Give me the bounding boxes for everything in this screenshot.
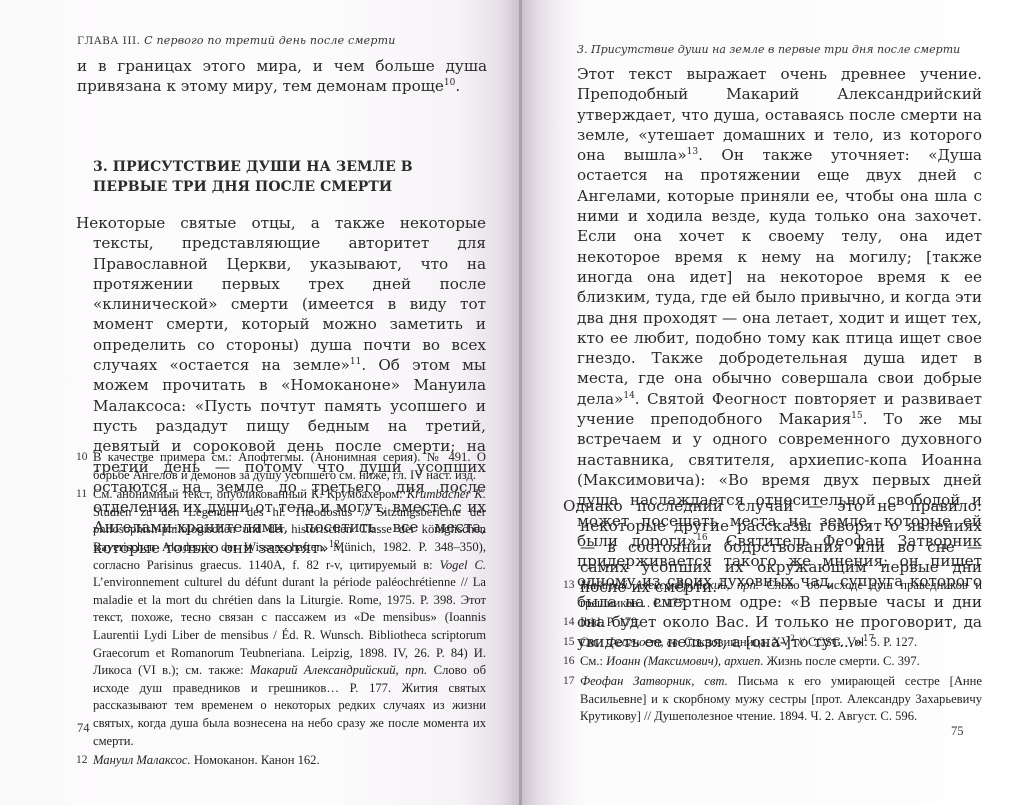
footnote-author: Макарий Александрийский, прп. — [250, 663, 427, 677]
footnote-10: 10 В качестве примера см.: Апофтегмы. (А… — [76, 449, 486, 484]
footnote-16: 16 См.: Иоанн (Максимович), архиеп. Жизн… — [563, 653, 982, 671]
book-spine — [519, 0, 522, 805]
continuation-end: . — [455, 77, 460, 95]
footnote-author: Vogel C. — [440, 558, 486, 572]
footnote-text: См.: — [580, 654, 606, 668]
footnote-author: Феогност, св. — [606, 635, 681, 649]
footnote-ref-15[interactable]: 15 — [851, 411, 862, 421]
footnote-number: 11 — [76, 486, 87, 504]
chapter-label: ГЛАВА III. — [77, 35, 140, 47]
paragraph-text-2: . Он также уточняет: «Душа остается на п… — [577, 146, 982, 408]
section-title: 3. ПРИСУТСТВИЕ ДУШИ НА ЗЕМЛЕ В ПЕРВЫЕ ТР… — [93, 157, 453, 197]
footnote-text: Жизнь после смерти. С. 397. — [763, 654, 919, 668]
footnote-number: 14 — [563, 614, 575, 632]
footnote-author: Krumbacher K. — [407, 487, 486, 501]
footnote-12: 12 Мануил Малаксос. Номоканон. Канон 162… — [76, 752, 486, 770]
footnote-text: L’environnement culturel du défunt duran… — [93, 575, 486, 677]
page-number-left: 74 — [77, 721, 90, 736]
footnote-ref-14[interactable]: 14 — [623, 391, 634, 401]
continuation-text: и в границах этого мира, и чем больше ду… — [77, 57, 487, 95]
spine-shadow — [505, 0, 519, 805]
footnote-text: В качестве примера см.: Апофтегмы. (Анон… — [93, 450, 486, 482]
right-running-head: 3. Присутствие души на земле в первые тр… — [577, 43, 960, 56]
footnote-text: // CCSG. Vol. 5. P. 127. — [795, 635, 917, 649]
left-page: ГЛАВА III. С первого по третий день посл… — [0, 0, 521, 805]
paragraph-text-1: Некоторые святые отцы, а также некоторые… — [76, 214, 486, 374]
footnote-number: 17 — [563, 673, 575, 691]
footnote-13: 13 Макарий Александрийский, прп. Слово о… — [563, 577, 982, 612]
footnote-ref-13[interactable]: 13 — [687, 147, 698, 157]
footnote-text: Сокровищница. XV — [681, 635, 790, 649]
footnote-number: 13 — [563, 577, 575, 595]
footnote-number: 15 — [563, 634, 575, 652]
footnote-number: 12 — [76, 752, 88, 770]
book-spread: ГЛАВА III. С первого по третий день посл… — [0, 0, 1024, 805]
footnote-author: Иоанн (Максимович), архиеп. — [606, 654, 763, 668]
left-footnotes: 10 В качестве примера см.: Апофтегмы. (А… — [76, 449, 486, 772]
footnote-17: 17 Феофан Затворник, свт. Письма к его у… — [563, 673, 982, 726]
footnote-14: 14 Ibid. P. 179. — [563, 614, 982, 632]
footnote-ref-10[interactable]: 10 — [444, 78, 455, 88]
left-running-head: ГЛАВА III. С первого по третий день посл… — [77, 34, 396, 47]
footnote-number: 10 — [76, 449, 88, 467]
footnote-ref-11[interactable]: 11 — [350, 357, 361, 367]
chapter-title: С первого по третий день после смерти — [144, 34, 395, 47]
footnote-15: 15 См.: Феогност, св. Сокровищница. XV2 … — [563, 634, 982, 652]
footnote-text: Studien zu den Legenden des hl. Theodosi… — [93, 505, 486, 572]
footnote-11: 11 См. анонимный текст, опубликованный К… — [76, 486, 486, 750]
footnote-author: Феофан Затворник, свт. — [580, 674, 728, 688]
footnote-number: 16 — [563, 653, 575, 671]
footnote-text: См. анонимный текст, опубликованный К. К… — [93, 487, 407, 501]
footnote-text: Номоканон. Канон 162. — [191, 753, 320, 767]
continuation-paragraph: и в границах этого мира, и чем больше ду… — [77, 56, 487, 97]
footnote-author: Мануил Малаксос. — [93, 753, 191, 767]
footnote-text: Ibid. P. 179. — [580, 615, 641, 629]
right-footnotes: 13 Макарий Александрийский, прп. Слово о… — [563, 577, 982, 728]
footnote-text: См.: — [580, 635, 606, 649]
footnote-author: Макарий Александрийский, прп. — [580, 578, 759, 592]
page-number-right: 75 — [951, 724, 964, 739]
